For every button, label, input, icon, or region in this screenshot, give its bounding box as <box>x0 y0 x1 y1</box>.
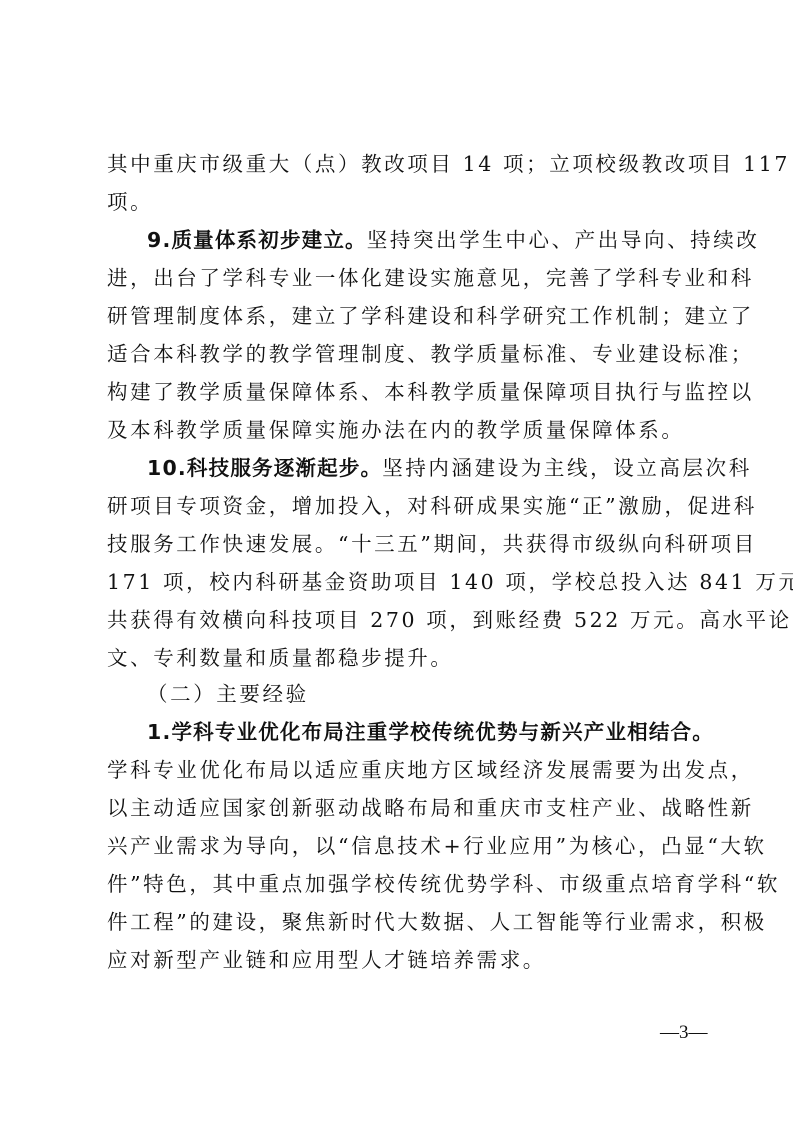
line-text: 171 项，校内科研基金资助项目 140 项，学校总投入达 841 万元； <box>107 570 793 594</box>
line-text: 件”特色，其中重点加强学校传统优势学科、市级重点培育学科“软 <box>107 872 780 896</box>
line-text: 及本科教学质量保障实施办法在内的教学质量保障体系。 <box>107 418 685 442</box>
line-text: 技服务工作快速发展。“十三五”期间，共获得市级纵向科研项目 <box>107 532 757 556</box>
line-text: 共获得有效横向科技项目 270 项，到账经费 522 万元。高水平论 <box>107 608 792 632</box>
text-line: 适合本科教学的教学管理制度、教学质量标准、专业建设标准； <box>107 336 707 372</box>
line-text: 构建了教学质量保障体系、本科教学质量保障项目执行与监控以 <box>107 380 754 404</box>
section-heading-10: 10.科技服务逐渐起步。坚持内涵建设为主线，设立高层次科 <box>147 450 707 486</box>
text-line: 件工程”的建设，聚焦新时代大数据、人工智能等行业需求，积极 <box>107 904 707 940</box>
page-number: —3— <box>660 1020 708 1046</box>
text-line: 应对新型产业链和应用型人才链培养需求。 <box>107 942 707 978</box>
text-line: 研管理制度体系，建立了学科建设和科学研究工作机制；建立了 <box>107 298 707 334</box>
line-text: 研项目专项资金，增加投入，对科研成果实施“正”激励，促进科 <box>107 494 757 518</box>
text-line: 技服务工作快速发展。“十三五”期间，共获得市级纵向科研项目 <box>107 526 707 562</box>
text-line: 学科专业优化布局以适应重庆地方区域经济发展需要为出发点， <box>107 752 707 788</box>
line-text: 项。 <box>107 190 153 214</box>
line-text: 以主动适应国家创新驱动战略布局和重庆市支柱产业、战略性新 <box>107 796 754 820</box>
subsection-title: （二）主要经验 <box>147 682 309 706</box>
text-line: 共获得有效横向科技项目 270 项，到账经费 522 万元。高水平论 <box>107 602 707 638</box>
text-line: 及本科教学质量保障实施办法在内的教学质量保障体系。 <box>107 412 707 448</box>
line-text: 坚持内涵建设为主线，设立高层次科 <box>382 456 752 480</box>
subsection-heading: （二）主要经验 <box>147 676 707 712</box>
line-text: 进，出台了学科专业一体化建设实施意见，完善了学科专业和科 <box>107 266 754 290</box>
text-line: 文、专利数量和质量都稳步提升。 <box>107 640 707 676</box>
heading-1-title: 1.学科专业优化布局注重学校传统优势与新兴产业相结合。 <box>147 720 714 744</box>
line-text: 适合本科教学的教学管理制度、教学质量标准、专业建设标准； <box>107 342 754 366</box>
line-text: 应对新型产业链和应用型人才链培养需求。 <box>107 948 546 972</box>
line-text: 研管理制度体系，建立了学科建设和科学研究工作机制；建立了 <box>107 304 754 328</box>
section-heading-1: 1.学科专业优化布局注重学校传统优势与新兴产业相结合。 <box>147 714 707 750</box>
text-line: 件”特色，其中重点加强学校传统优势学科、市级重点培育学科“软 <box>107 866 707 902</box>
line-text: 兴产业需求为导向，以“信息技术+行业应用”为核心，凸显“大软 <box>107 834 767 858</box>
line-text: 件工程”的建设，聚焦新时代大数据、人工智能等行业需求，积极 <box>107 910 767 934</box>
text-line: 进，出台了学科专业一体化建设实施意见，完善了学科专业和科 <box>107 260 707 296</box>
text-line: 兴产业需求为导向，以“信息技术+行业应用”为核心，凸显“大软 <box>107 828 707 864</box>
line-text: 学科专业优化布局以适应重庆地方区域经济发展需要为出发点， <box>107 758 754 782</box>
text-line: 构建了教学质量保障体系、本科教学质量保障项目执行与监控以 <box>107 374 707 410</box>
text-line: 171 项，校内科研基金资助项目 140 项，学校总投入达 841 万元； <box>107 564 707 600</box>
text-line: 其中重庆市级重大（点）教改项目 14 项；立项校级教改项目 117 <box>107 146 707 182</box>
heading-10-title: 10.科技服务逐渐起步。 <box>147 456 382 480</box>
section-heading-9: 9.质量体系初步建立。坚持突出学生中心、产出导向、持续改 <box>147 222 707 258</box>
text-line: 以主动适应国家创新驱动战略布局和重庆市支柱产业、战略性新 <box>107 790 707 826</box>
line-text: 坚持突出学生中心、产出导向、持续改 <box>367 228 760 252</box>
text-line: 研项目专项资金，增加投入，对科研成果实施“正”激励，促进科 <box>107 488 707 524</box>
line-text: 文、专利数量和质量都稳步提升。 <box>107 646 454 670</box>
line-text: 其中重庆市级重大（点）教改项目 14 项；立项校级教改项目 117 <box>107 152 790 176</box>
heading-9-title: 9.质量体系初步建立。 <box>147 228 367 252</box>
text-line: 项。 <box>107 184 707 220</box>
document-page: 其中重庆市级重大（点）教改项目 14 项；立项校级教改项目 117 项。 9.质… <box>0 0 793 1122</box>
